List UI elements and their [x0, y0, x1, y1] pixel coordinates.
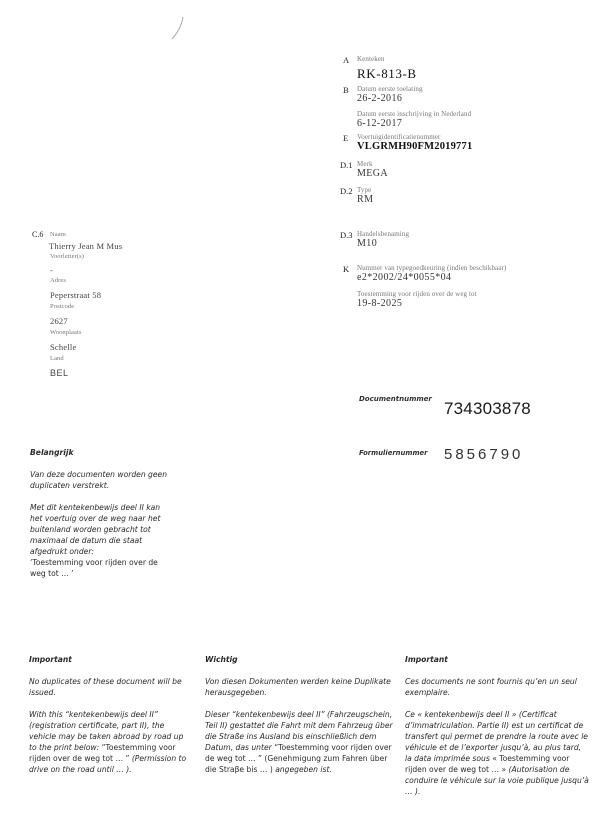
note-de: Wichtig Von diesen Dokumenten werden kei…	[205, 654, 395, 786]
address-value: Peperstraat 58	[50, 290, 200, 303]
address-label: Adres	[50, 277, 200, 290]
field-label: Type	[357, 186, 373, 194]
note-heading: Important	[405, 654, 590, 665]
note-heading: Belangrijk	[30, 447, 170, 458]
field-label: Datum eerste inschrijving in Nederland	[357, 110, 471, 118]
document-number-label: Documentnummer	[359, 395, 432, 403]
form-number-label: Formuliernummer	[359, 449, 427, 457]
field-label: Kenteken	[357, 55, 417, 63]
postcode-value: 2627	[50, 316, 200, 329]
first-registration-nl-value: 6-12-2017	[357, 118, 471, 129]
initials-label: Voorletter(s)	[50, 253, 200, 265]
field-label: Voertuigidentificatienummer	[357, 133, 472, 141]
name-value: Thierry Jean M Mus	[49, 241, 200, 253]
postcode-label: Postcode	[50, 303, 200, 316]
field-code: A	[343, 55, 349, 65]
license-plate-value: RK-813-B	[357, 66, 417, 82]
initials-value: -	[50, 265, 200, 277]
type-approval-value: e2*2002/24*0055*04	[357, 272, 506, 283]
road-permission-value: 19-8-2025	[357, 298, 477, 309]
country-label: Land	[50, 355, 200, 368]
type-value: RM	[357, 194, 373, 205]
field-code: B	[343, 85, 349, 95]
country-value: BEL	[50, 368, 200, 378]
field-label: Handelsbenaming	[357, 230, 409, 238]
form-number-value: 5856790	[444, 446, 523, 463]
note-paragraph: Ces documents ne sont fournis qu’en un s…	[405, 676, 590, 698]
field-code: D.3	[340, 230, 353, 240]
note-quote: ‘Toestemming voor rijden over de weg tot…	[30, 557, 170, 579]
brand-value: MEGA	[357, 168, 388, 179]
vin-value: VLGRMH90FM2019771	[357, 141, 472, 152]
field-label: Merk	[357, 160, 388, 168]
field-label: Datum eerste toelating	[357, 85, 423, 93]
note-fr: Important Ces documents ne sont fournis …	[405, 654, 590, 808]
field-code: E	[343, 133, 348, 143]
pen-mark	[165, 15, 195, 45]
note-paragraph: Met dit kentekenbewijs deel II kan het v…	[30, 502, 170, 557]
field-label: Nummer van typegoedkeuring (indien besch…	[357, 264, 506, 272]
document-number-value: 734303878	[444, 399, 531, 419]
note-paragraph: Von diesen Dokumenten werden keine Dupli…	[205, 676, 395, 698]
field-label: Toestemming voor rijden over de weg tot	[357, 290, 477, 298]
trade-name-value: M10	[357, 238, 409, 249]
note-tail: angegeben ist.	[275, 765, 332, 774]
field-code: D.1	[340, 160, 353, 170]
field-code: K	[343, 264, 349, 274]
first-admission-value: 26-2-2016	[357, 93, 423, 104]
holder-code: C.6	[32, 230, 43, 239]
note-heading: Wichtig	[205, 654, 395, 665]
name-label: Naam	[50, 231, 200, 241]
city-value: Schelle	[50, 342, 200, 355]
note-paragraph: Van deze documenten worden geen duplicat…	[30, 469, 170, 491]
note-heading: Important	[29, 654, 191, 665]
city-label: Woonplaats	[50, 329, 200, 342]
note-nl: Belangrijk Van deze documenten worden ge…	[30, 447, 170, 590]
field-code: D.2	[340, 186, 353, 196]
note-en: Important No duplicates of these documen…	[29, 654, 191, 786]
note-paragraph: No duplicates of these document will be …	[29, 676, 191, 698]
